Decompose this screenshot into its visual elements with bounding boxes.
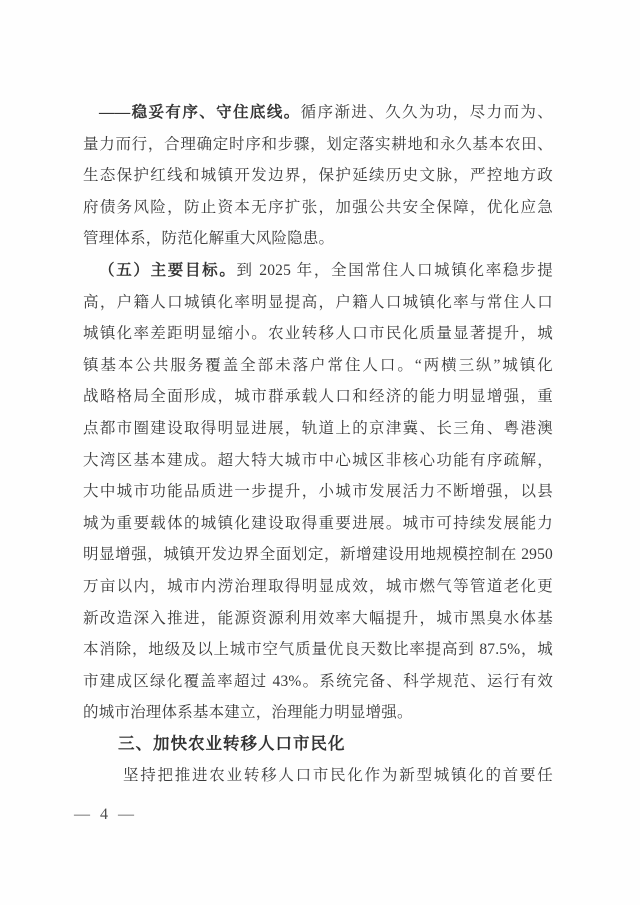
text-line: 大湾区基本建成。超大特大城市中心城区非核心功能有序疏解， [83,445,553,477]
text-line: 本消除，地级及以上城市空气质量优良天数比率提高到 87.5%，城 [83,634,553,666]
text-line: 镇基本公共服务覆盖全部未落户常住人口。“两横三纵”城镇化 [83,350,553,382]
paragraph-text: 循序渐进、久久为功，尽力而为、 [301,104,553,121]
paragraph-citizenization: 坚持把推进农业转移人口市民化作为新型城镇化的首要任 [83,760,553,792]
text-line: 府债务风险，防止资本无序扩张，加强公共安全保障，优化应急 [83,192,553,224]
text-line: 市建成区绿化覆盖率超过 43%。系统完备、科学规范、运行有效 [83,666,553,698]
paragraph-main-goals: （五）主要目标。到 2025 年，全国常住人口城镇化率稳步提 高，户籍人口城镇化… [83,255,553,729]
text-line: 城镇化率差距明显缩小。农业转移人口市民化质量显著提升，城 [83,318,553,350]
paragraph-lead-bold: ——稳妥有序、守住底线。 [99,104,301,121]
text-line: 战略格局全面形成，城市群承载人口和经济的能力明显增强，重 [83,381,553,413]
page-number: — 4 — [74,800,137,830]
paragraph-guiding-principle: ——稳妥有序、守住底线。循序渐进、久久为功，尽力而为、 量力而行，合理确定时序和… [83,97,553,255]
text-line: 坚持把推进农业转移人口市民化作为新型城镇化的首要任 [83,760,553,792]
text-line: 管理体系，防范化解重大风险隐患。 [83,223,553,255]
text-line: 的城市治理体系基本建立，治理能力明显增强。 [83,697,553,729]
text-line: 大中城市功能品质进一步提升，小城市发展活力不断增强，以县 [83,476,553,508]
text-line: 万亩以内，城市内涝治理取得明显成效，城市燃气等管道老化更 [83,571,553,603]
document-page: ——稳妥有序、守住底线。循序渐进、久久为功，尽力而为、 量力而行，合理确定时序和… [0,0,640,905]
text-line: 高，户籍人口城镇化率明显提高，户籍人口城镇化率与常住人口 [83,287,553,319]
text-line: 城为重要载体的城镇化建设取得重要进展。城市可持续发展能力 [83,508,553,540]
text-line: 明显增强，城镇开发边界全面划定，新增建设用地规模控制在 2950 [83,539,553,571]
document-body: ——稳妥有序、守住底线。循序渐进、久久为功，尽力而为、 量力而行，合理确定时序和… [83,97,553,792]
paragraph-lead-bold: （五）主要目标。 [99,262,237,279]
text-line: 新改造深入推进，能源资源利用效率大幅提升，城市黑臭水体基 [83,603,553,635]
text-line: 点都市圈建设取得明显进展，轨道上的京津冀、长三角、粤港澳 [83,413,553,445]
text-line: （五）主要目标。到 2025 年，全国常住人口城镇化率稳步提 [83,255,553,287]
text-line: 生态保护红线和城镇开发边界，保护延续历史文脉，严控地方政 [83,160,553,192]
text-line: ——稳妥有序、守住底线。循序渐进、久久为功，尽力而为、 [83,97,553,129]
section-heading: 三、加快农业转移人口市民化 [83,729,553,761]
paragraph-text: 到 2025 年，全国常住人口城镇化率稳步提 [237,262,553,279]
text-line: 量力而行，合理确定时序和步骤，划定落实耕地和永久基本农田、 [83,129,553,161]
